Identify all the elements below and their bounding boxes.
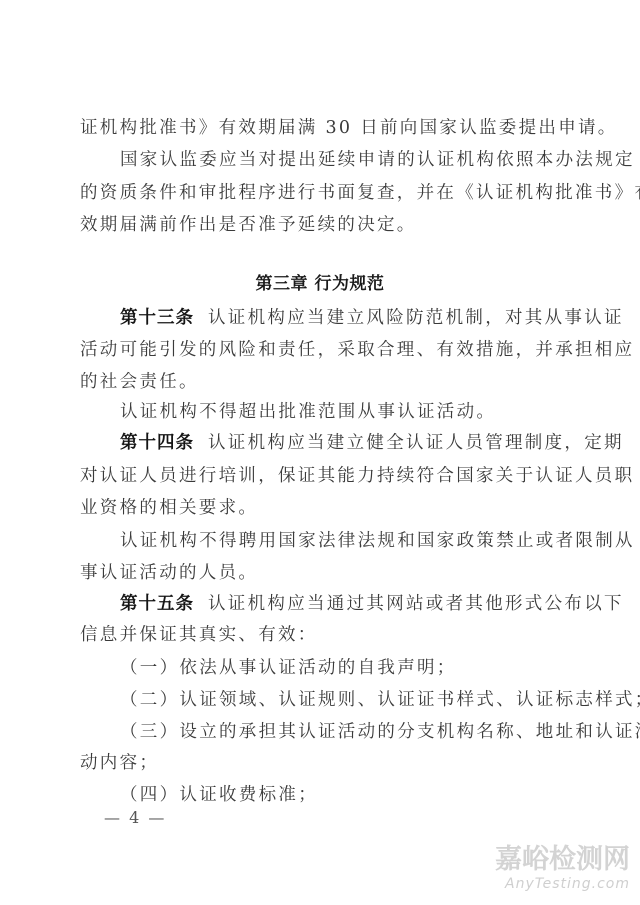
article-13-first-line: 第十三条认证机构应当建立风险防范机制，对其从事认证	[120, 302, 560, 334]
article-number: 第十四条	[120, 433, 194, 453]
list-item-continuation: 动内容；	[80, 747, 560, 779]
article-14-first-line: 第十四条认证机构应当建立健全认证人员管理制度，定期	[120, 427, 560, 459]
body-line: 效期届满前作出是否准予延续的决定。	[80, 209, 560, 241]
body-line: 认证机构不得超出批准范围从事认证活动。	[120, 396, 560, 428]
body-line: 业资格的相关要求。	[80, 492, 560, 524]
watermark-english: AnyTesting.com	[484, 875, 630, 893]
list-item: （一）依法从事认证活动的自我声明；	[120, 652, 560, 684]
body-line: 活动可能引发的风险和责任，采取合理、有效措施，并承担相应	[80, 334, 560, 366]
watermark-logo: 嘉峪检测网 AnyTesting.com	[484, 843, 630, 893]
body-line: 信息并保证其真实、有效：	[80, 619, 560, 651]
list-item: （四）认证收费标准；	[120, 779, 560, 811]
chapter-heading: 第三章 行为规范	[0, 268, 640, 300]
body-line: 对认证人员进行培训，保证其能力持续符合国家关于认证人员职	[80, 460, 560, 492]
body-line: 的社会责任。	[80, 366, 560, 398]
body-line: 认证机构不得聘用国家法律法规和国家政策禁止或者限制从	[120, 525, 560, 557]
document-page: 证机构批准书》有效期届满 30 日前向国家认监委提出申请。 国家认监委应当对提出…	[0, 0, 640, 905]
body-line: 事认证活动的人员。	[80, 557, 560, 589]
list-item: （三）设立的承担其认证活动的分支机构名称、地址和认证活	[120, 716, 560, 748]
body-line: 的资质条件和审批程序进行书面复查，并在《认证机构批准书》有	[80, 177, 560, 209]
body-line: 证机构批准书》有效期届满 30 日前向国家认监委提出申请。	[80, 112, 560, 144]
body-text: 认证机构应当通过其网站或者其他形式公布以下	[208, 594, 624, 614]
body-line: 国家认监委应当对提出延续申请的认证机构依照本办法规定	[120, 144, 560, 176]
body-text: 认证机构应当建立健全认证人员管理制度，定期	[208, 433, 624, 453]
list-item: （二）认证领域、认证规则、认证证书样式、认证标志样式；	[120, 684, 560, 716]
page-number: — 4 —	[104, 806, 166, 830]
article-number: 第十三条	[120, 308, 194, 328]
article-number: 第十五条	[120, 594, 194, 614]
body-text: 认证机构应当建立风险防范机制，对其从事认证	[208, 308, 624, 328]
watermark-chinese: 嘉峪检测网	[484, 843, 630, 877]
article-15-first-line: 第十五条认证机构应当通过其网站或者其他形式公布以下	[120, 588, 560, 620]
